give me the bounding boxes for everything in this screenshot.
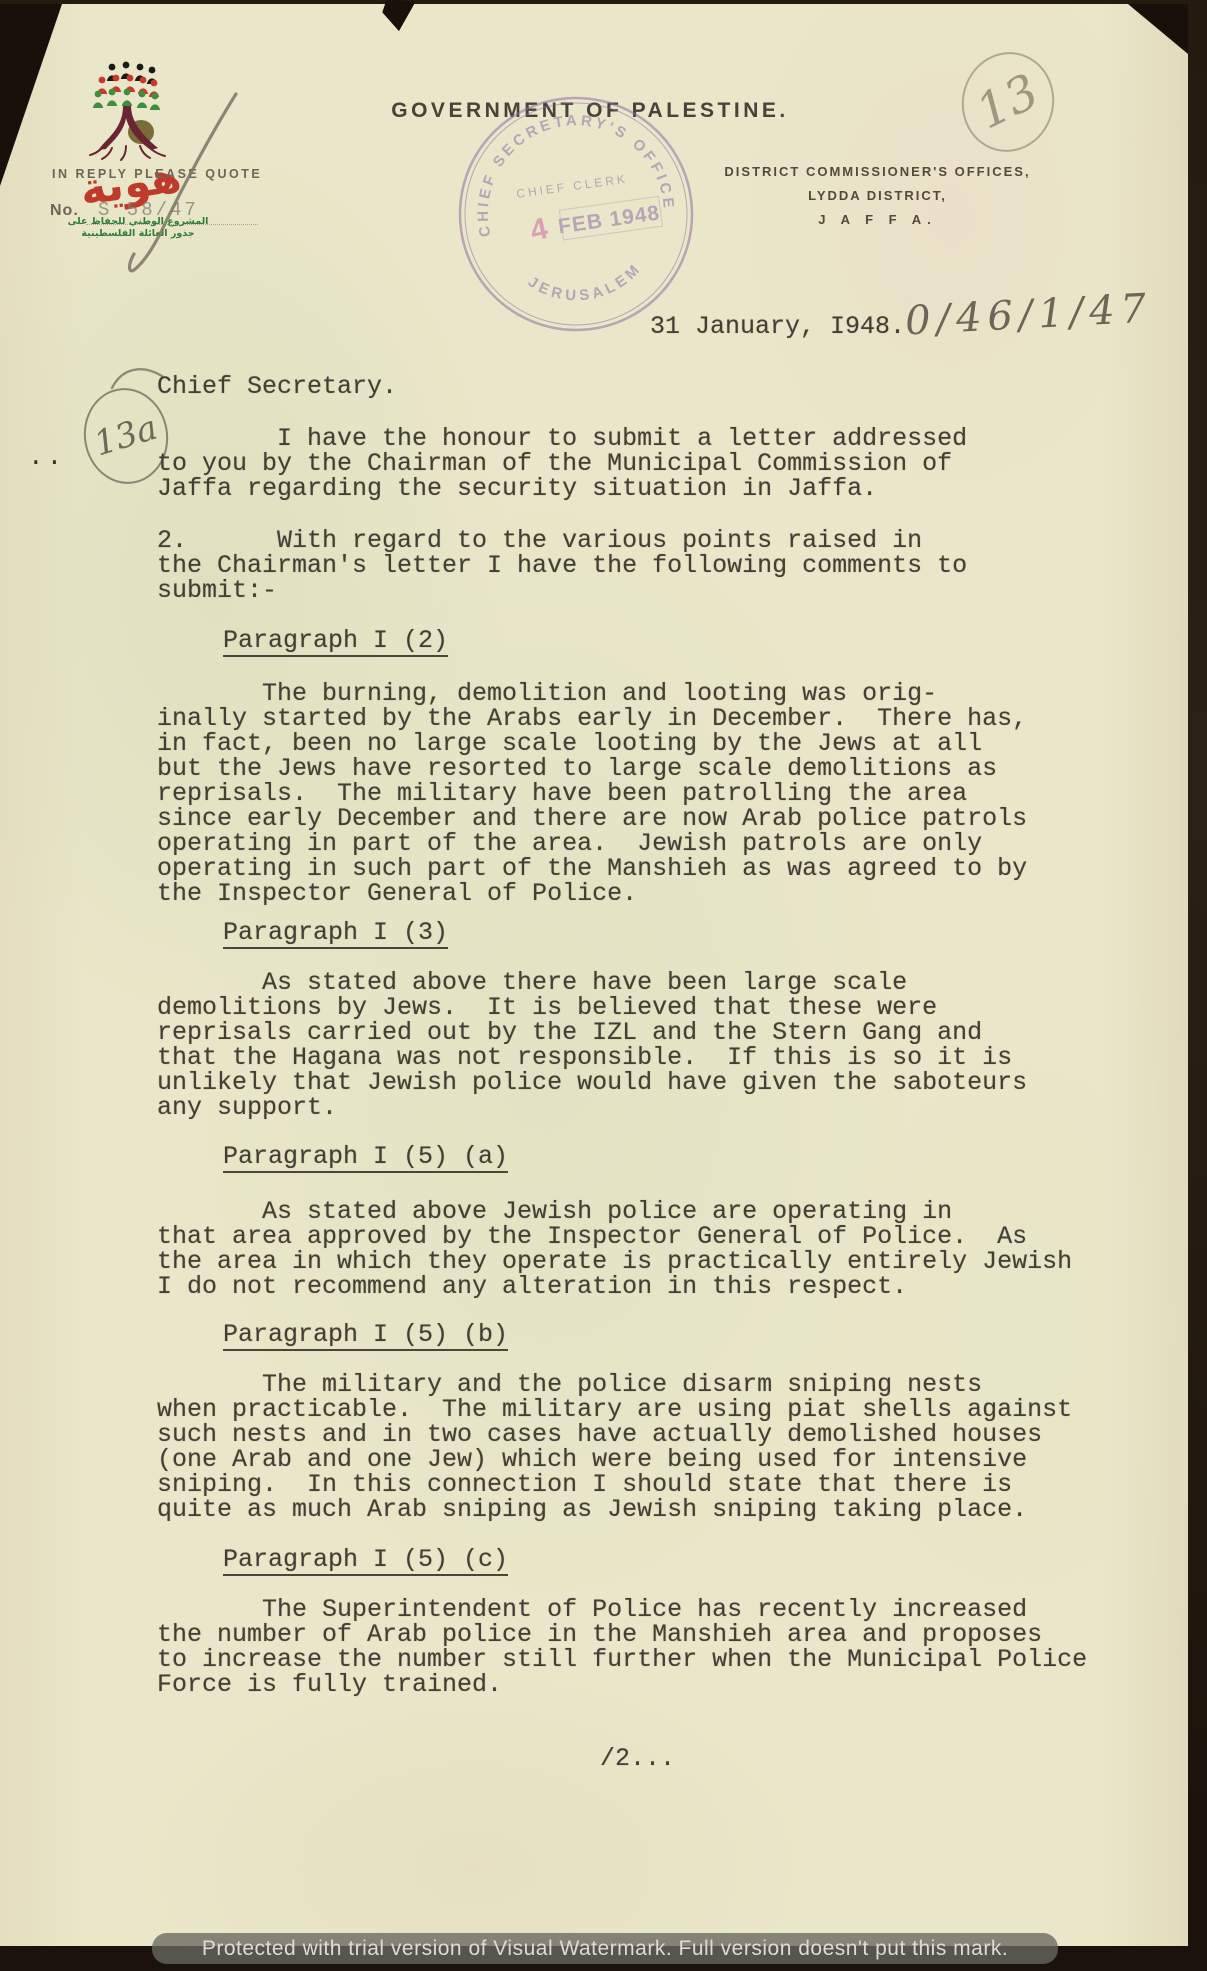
letter-date: 31 January, I948. xyxy=(650,314,905,339)
trial-watermark-banner: Protected with trial version of Visual W… xyxy=(152,1933,1058,1964)
margin-ink-dots: .. xyxy=(28,442,65,472)
section-body-3: As stated above Jewish police are operat… xyxy=(157,1199,1072,1299)
paragraph-2: 2. With regard to the various points rai… xyxy=(157,528,967,603)
section-heading-2: Paragraph I (3) xyxy=(223,920,448,949)
stamp-chief-clerk-text: CHIEF CLERK xyxy=(515,172,628,202)
reference-no-label: No. xyxy=(50,202,79,220)
section-heading-4: Paragraph I (5) (b) xyxy=(223,1322,508,1351)
svg-text:JERUSALEM: JERUSALEM xyxy=(523,258,649,312)
circled-margin-mark-value: 13a xyxy=(90,408,162,465)
stamp-date-month-year: FEB 1948 xyxy=(557,201,662,238)
section-heading-1: Paragraph I (2) xyxy=(223,628,448,657)
section-heading-3: Paragraph I (5) (a) xyxy=(223,1144,508,1173)
section-heading-5: Paragraph I (5) (c) xyxy=(223,1547,508,1576)
paragraph-1: I have the honour to submit a letter add… xyxy=(157,426,967,501)
section-body-5: The Superintendent of Police has recentl… xyxy=(157,1597,1087,1697)
section-body-4: The military and the police disarm snipi… xyxy=(157,1372,1072,1522)
office-line-3: J A F F A. xyxy=(705,212,1050,227)
salutation: Chief Secretary. xyxy=(157,374,397,399)
stamp-date-day: 4 xyxy=(527,212,551,248)
section-body-1: The burning, demolition and looting was … xyxy=(157,681,1027,906)
office-line-2: LYDDA DISTRICT, xyxy=(705,188,1050,203)
office-line-1: DISTRICT COMMISSIONER'S OFFICES, xyxy=(705,164,1050,179)
circled-page-number-value: 13 xyxy=(968,63,1047,140)
office-address-block: DISTRICT COMMISSIONER'S OFFICES, LYDDA D… xyxy=(705,164,1050,236)
handwritten-slash-mark xyxy=(118,88,258,288)
section-body-2: As stated above there have been large sc… xyxy=(157,970,1027,1120)
trial-watermark-text: Protected with trial version of Visual W… xyxy=(202,1937,1008,1961)
page-continuation-marker: /2... xyxy=(600,1746,675,1771)
scanned-document-page: هوية المشروع الوطني للحفاظ على جذور العا… xyxy=(0,0,1207,1971)
stamp-ring-text-bottom: JERUSALEM xyxy=(523,258,649,312)
